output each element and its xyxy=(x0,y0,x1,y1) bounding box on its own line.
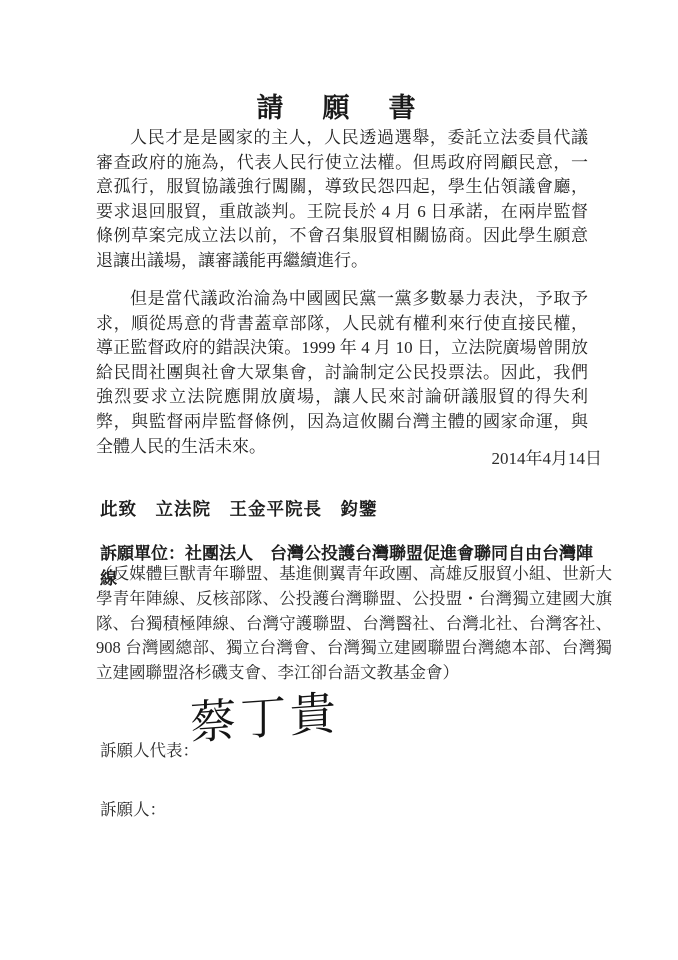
representative-label: 訴願人代表： xyxy=(100,737,199,761)
petitioner-label: 訴願人： xyxy=(100,796,166,820)
petition-paragraph-1: 人民才是是國家的主人，人民透過選舉，委託立法委員代議審查政府的施為，代表人民行使… xyxy=(96,126,588,274)
petition-document-page: 請 願 書 人民才是是國家的主人，人民透過選舉，委託立法委員代議審查政府的施為，… xyxy=(0,0,678,960)
member-groups-list: （反媒體巨獸青年聯盟、基進側翼青年政團、高雄反服貿小組、世新大學青年陣線、反核部… xyxy=(96,562,612,686)
petition-paragraph-2: 但是當代議政治淪為中國國民黨一黨多數暴力表決，予取予求，順從馬意的背書蓋章部隊，… xyxy=(96,287,588,459)
document-date: 2014年4月14日 xyxy=(492,444,603,469)
document-title: 請 願 書 xyxy=(0,86,678,125)
salutation-line: 此致 立法院 王金平院長 鈞鑒 xyxy=(100,496,378,521)
representative-handwritten-signature: 蔡丁貴 xyxy=(190,683,340,753)
